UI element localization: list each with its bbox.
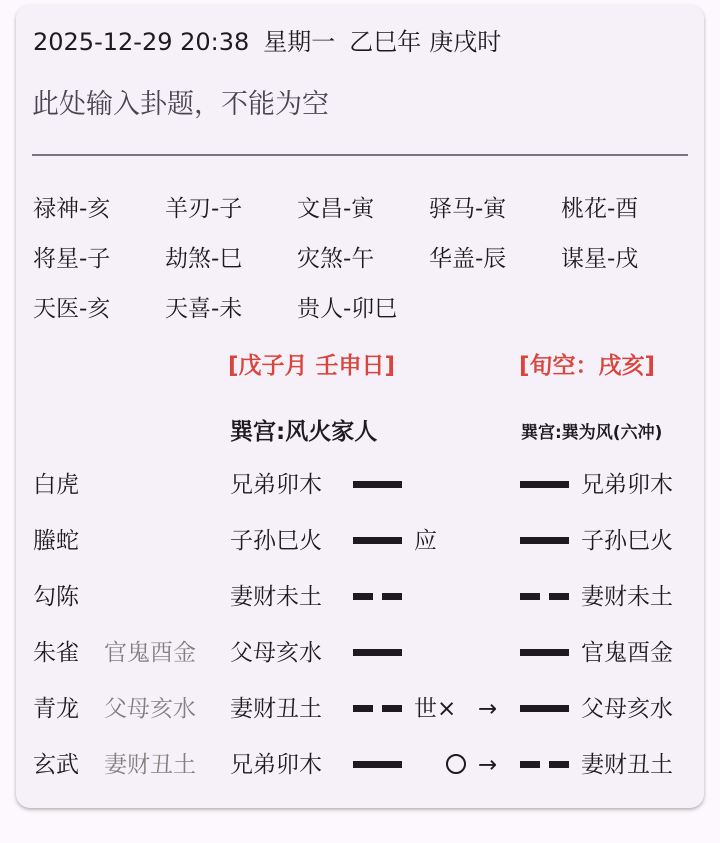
hour-ganzhi: 庚戌时	[429, 28, 501, 56]
changed-yao-label: 官鬼酉金	[581, 633, 673, 673]
yang-line-icon	[520, 649, 569, 656]
shensha-item: 文昌-寅	[297, 191, 429, 227]
yang-line-icon	[353, 537, 402, 544]
yin-line-icon	[520, 593, 569, 600]
main-yao-label: 妻财未土	[230, 577, 322, 617]
xunkong: [旬空：戌亥]	[519, 351, 655, 381]
fushen: 官鬼酉金	[104, 633, 196, 673]
liushen: 白虎	[33, 465, 79, 505]
yang-line-icon	[520, 481, 569, 488]
yao-row-2: 青龙 父母亥水 妻财丑土 世× → 父母亥水	[16, 689, 704, 729]
yang-line-icon	[353, 481, 402, 488]
arrow-right-icon: →	[478, 689, 497, 729]
changed-yao-label: 兄弟卯木	[581, 465, 673, 505]
main-yao-label: 兄弟卯木	[230, 745, 322, 785]
shensha-grid: 禄神-亥 羊刃-子 文昌-寅 驿马-寅 桃花-酉 将星-子 劫煞-巳 灾煞-午 …	[33, 191, 693, 327]
fushen: 妻财丑土	[104, 745, 196, 785]
shensha-item: 羊刃-子	[165, 191, 297, 227]
shensha-item: 禄神-亥	[33, 191, 165, 227]
yao-row-6: 白虎 兄弟卯木 兄弟卯木	[16, 465, 704, 505]
yin-line-icon	[520, 761, 569, 768]
changed-yao-label: 父母亥水	[581, 689, 673, 729]
shensha-item: 天医-亥	[33, 291, 165, 327]
gua-title-input[interactable]	[32, 87, 688, 123]
yang-line-icon	[353, 649, 402, 656]
fushen: 父母亥水	[104, 689, 196, 729]
liushen: 玄武	[33, 745, 79, 785]
input-underline	[32, 154, 688, 156]
yao-row-1: 玄武 妻财丑土 兄弟卯木 → 妻财丑土	[16, 745, 704, 785]
yao-row-5: 螣蛇 子孙巳火 应 子孙巳火	[16, 521, 704, 561]
yang-line-icon	[520, 705, 569, 712]
datetime: 2025-12-29 20:38	[33, 28, 249, 56]
shensha-item: 华盖-辰	[429, 241, 561, 277]
yao-row-4: 勾陈 妻财未土 妻财未土	[16, 577, 704, 617]
main-yao-label: 兄弟卯木	[230, 465, 322, 505]
shensha-item: 劫煞-巳	[165, 241, 297, 277]
shensha-item: 桃花-酉	[561, 191, 693, 227]
shi-moving-mark: 世×	[414, 689, 456, 729]
year-ganzhi: 乙巳年	[349, 28, 421, 56]
liushen: 螣蛇	[33, 521, 79, 561]
month-day-ganzhi: [戊子月 壬申日]	[228, 351, 395, 381]
shensha-item: 驿马-寅	[429, 191, 561, 227]
arrow-right-icon: →	[478, 745, 497, 785]
divination-card: 2025-12-29 20:38星期一乙巳年庚戌时 禄神-亥 羊刃-子 文昌-寅…	[16, 5, 704, 808]
main-yao-label: 妻财丑土	[230, 689, 322, 729]
shensha-item: 将星-子	[33, 241, 165, 277]
yang-line-icon	[520, 537, 569, 544]
moving-yang-circle-icon	[446, 745, 466, 785]
main-gua-name: 巽宫:风火家人	[230, 417, 377, 447]
changed-yao-label: 妻财未土	[581, 577, 673, 617]
shensha-item: 谋星-戌	[561, 241, 693, 277]
liushen: 青龙	[33, 689, 79, 729]
changed-yao-label: 子孙巳火	[581, 521, 673, 561]
yin-line-icon	[353, 593, 402, 600]
datetime-header: 2025-12-29 20:38星期一乙巳年庚戌时	[33, 27, 515, 57]
yang-line-icon	[353, 761, 402, 768]
changed-yao-label: 妻财丑土	[581, 745, 673, 785]
liushen: 朱雀	[33, 633, 79, 673]
main-yao-label: 子孙巳火	[230, 521, 322, 561]
yao-row-3: 朱雀 官鬼酉金 父母亥水 官鬼酉金	[16, 633, 704, 673]
shensha-item: 天喜-未	[165, 291, 297, 327]
shensha-item: 贵人-卯巳	[297, 291, 429, 327]
weekday: 星期一	[263, 28, 335, 56]
main-yao-label: 父母亥水	[230, 633, 322, 673]
shensha-item: 灾煞-午	[297, 241, 429, 277]
ying-mark: 应	[414, 521, 437, 561]
yin-line-icon	[353, 705, 402, 712]
liushen: 勾陈	[33, 577, 79, 617]
changed-gua-name: 巽宫:巽为风(六冲)	[521, 421, 662, 445]
